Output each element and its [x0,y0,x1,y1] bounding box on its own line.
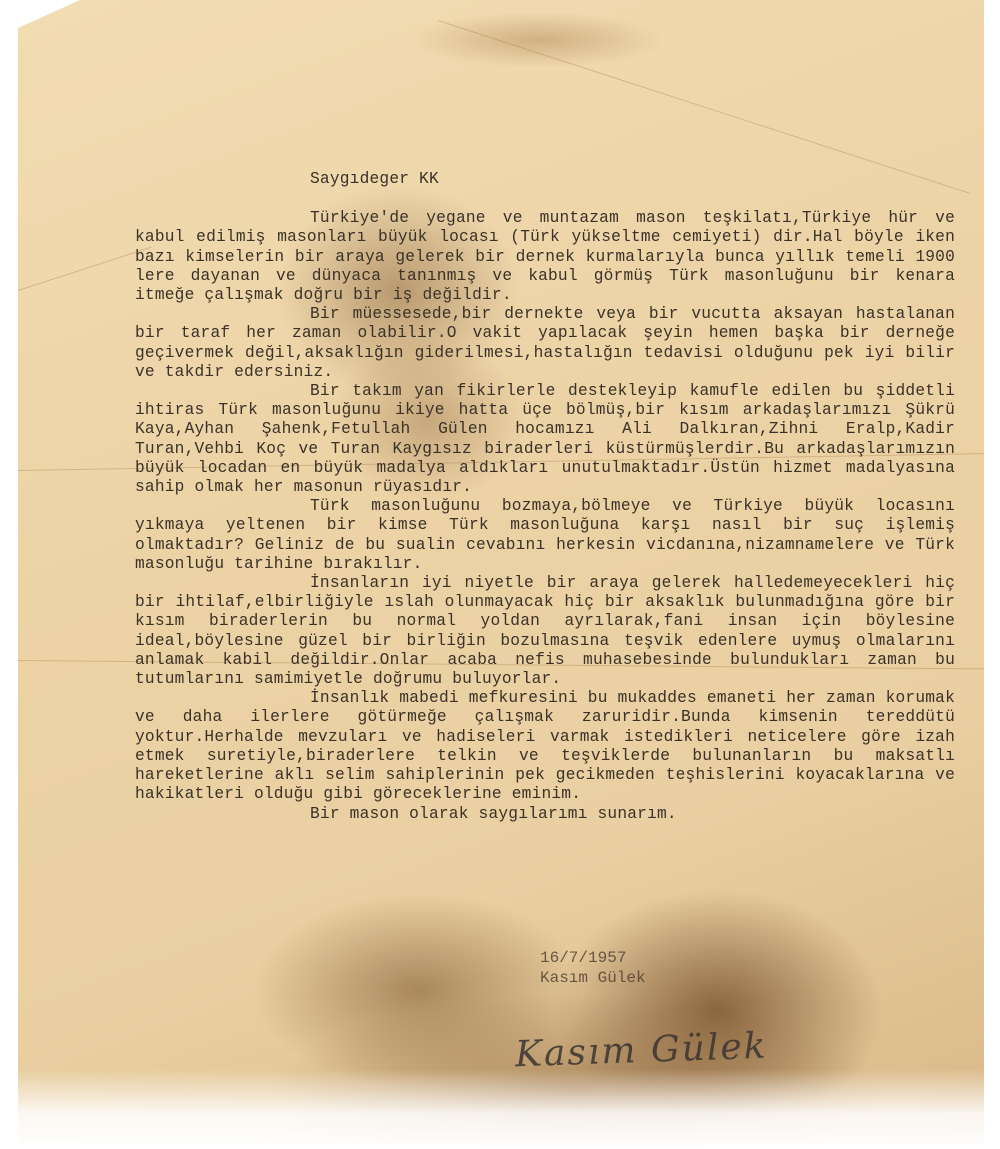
paragraph: İnsanların iyi niyetle bir araya gelerek… [135,574,955,689]
closing-line: Bir mason olarak saygılarımı sunarım. [310,805,955,824]
letter-date: 16/7/1957 [540,948,646,968]
typed-name: Kasım Gülek [540,968,646,988]
paragraph: Bir takım yan fikirlerle destekleyip kam… [135,382,955,497]
salutation: Saygıdeger KK [310,170,955,189]
decorative-white-fringe [0,1069,1000,1149]
paper-crease [18,247,151,291]
paper-crease [438,20,971,194]
paragraph: Bir müessesede,bir dernekte veya bir vuc… [135,305,955,382]
paragraph: İnsanlık mabedi mefkuresini bu mukaddes … [135,689,955,804]
paragraph: Türk masonluğunu bozmaya,bölmeye ve Türk… [135,497,955,574]
paragraph: Türkiye'de yegane ve muntazam mason teşk… [135,209,955,305]
signature-block: 16/7/1957 Kasım Gülek [540,948,646,988]
typed-letter: Saygıdeger KK Türkiye'de yegane ve munta… [135,170,955,824]
